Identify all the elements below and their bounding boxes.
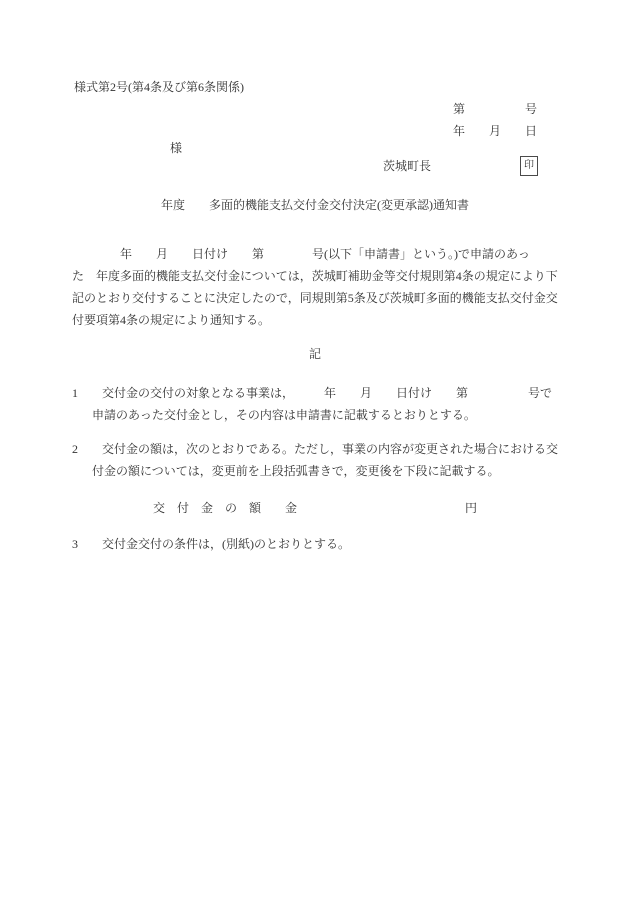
item-1: 1 交付金の交付の対象となる事業は， 年 月 日付け 第 号で申請のあった交付金… [72, 382, 572, 426]
item-text: 交付金交付の条件は，(別紙)のとおりとする。 [92, 533, 572, 555]
text-line: た 年度多面的機能支払交付金については，茨城町補助金等交付規則第4条の規定により… [72, 265, 572, 287]
text-line: 申請のあった交付金とし，その内容は申請書に記載するとおりとする。 [92, 404, 572, 426]
text-line: 交付金の額は，次のとおりである。ただし，事業の内容が変更された場合における交 [92, 438, 572, 460]
item-2: 2 交付金の額は，次のとおりである。ただし，事業の内容が変更された場合における交… [72, 438, 572, 482]
text-line: 年 月 日付け 第 号(以下「申請書」という。)で申請のあっ [72, 243, 572, 265]
ki-heading: 記 [0, 343, 630, 365]
amount-line: 交 付 金 の 額 金 円 [153, 497, 477, 519]
text-line: 記のとおり交付することに決定したので，同規則第5条及び茨城町多面的機能支払交付金… [72, 287, 572, 309]
text-line: 付金の額については，変更前を上段括弧書きで，変更後を下段に記載する。 [92, 460, 572, 482]
document-title: 年度 多面的機能支払交付金交付決定(変更承認)通知書 [0, 194, 630, 216]
sender-title: 茨城町長 [383, 155, 431, 177]
item-number: 2 [72, 438, 78, 460]
seal-box: 印 [520, 156, 538, 176]
text-line: 交付金交付の条件は，(別紙)のとおりとする。 [92, 533, 572, 555]
item-number: 3 [72, 533, 78, 555]
item-text: 交付金の交付の対象となる事業は， 年 月 日付け 第 号で申請のあった交付金とし… [92, 382, 572, 426]
form-label: 様式第2号(第4条及び第6条関係) [74, 76, 244, 98]
item-number: 1 [72, 382, 78, 404]
document-date-line: 年 月 日 [453, 120, 537, 142]
text-line: 付要項第4条の規定により通知する。 [72, 309, 572, 331]
seal-label: 印 [524, 161, 534, 171]
addressee-honorific: 様 [170, 137, 182, 159]
item-3: 3 交付金交付の条件は，(別紙)のとおりとする。 [72, 533, 572, 555]
text-line: 交付金の交付の対象となる事業は， 年 月 日付け 第 号で [92, 382, 572, 404]
document-number-line: 第 号 [453, 98, 537, 120]
document-page: 様式第2号(第4条及び第6条関係) 第 号 年 月 日 様 茨城町長 印 年度 … [0, 0, 630, 915]
body-paragraph: 年 月 日付け 第 号(以下「申請書」という。)で申請のあった 年度多面的機能支… [72, 243, 572, 331]
item-text: 交付金の額は，次のとおりである。ただし，事業の内容が変更された場合における交付金… [92, 438, 572, 482]
